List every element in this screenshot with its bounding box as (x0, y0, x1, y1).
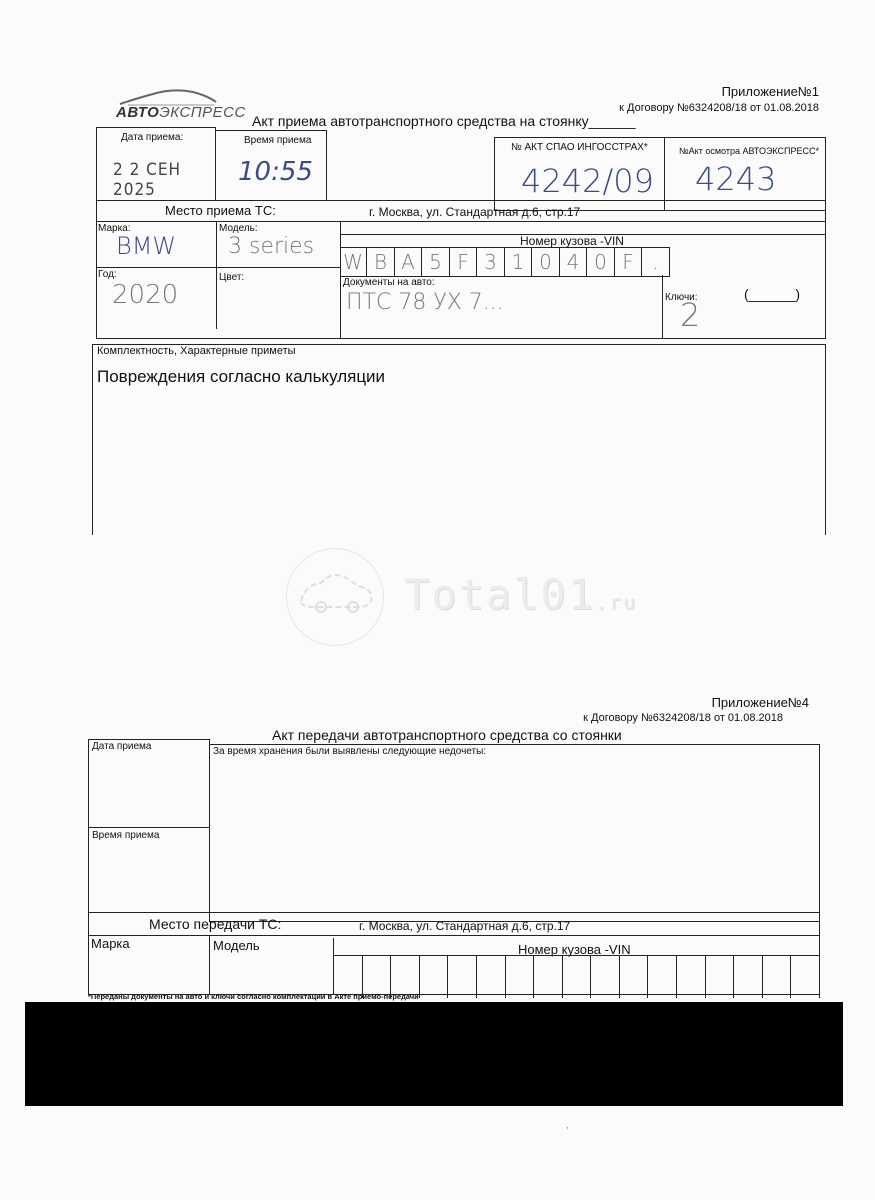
place-row: Место приема ТС: г. Москва, ул. Стандарт… (96, 200, 826, 222)
transfer-place-label: Место передачи ТС: (149, 916, 281, 932)
vin-empty-cell (420, 956, 449, 998)
autoexpress-act-value: 4243 (695, 160, 776, 198)
transfer-vin-grid (334, 956, 820, 996)
redaction-bar (25, 1002, 843, 1106)
transfer-make-label: Марка (91, 936, 130, 951)
time-label: Время приема (244, 135, 311, 146)
date-label: Дата приема: (121, 132, 183, 143)
vin-char-cell: 4 (560, 248, 587, 276)
make-value: BMW (116, 232, 176, 260)
transfer-place-row: Место передачи ТС: г. Москва, ул. Станда… (88, 912, 820, 936)
vehicle-block (96, 221, 826, 339)
vin-char-cell: 3 (478, 248, 505, 276)
keys-value: 2 (680, 296, 700, 334)
vin-char-cell: F (450, 248, 477, 276)
vin-empty-cell (620, 956, 649, 998)
appendix-number-bottom: Приложение№4 (712, 695, 809, 710)
vin-char-cell: . (643, 248, 670, 276)
appendix-number: Приложение№1 (722, 84, 819, 99)
vin-char-cell: 0 (533, 248, 560, 276)
place-value: г. Москва, ул. Стандартная д.6, стр.17 (369, 205, 580, 219)
transfer-time-cell: Время приема (88, 827, 210, 913)
completeness-block: Комплектность, Характерные приметы Повре… (92, 344, 826, 535)
defects-cell: За время хранения были выявлены следующи… (209, 744, 820, 922)
contract-reference: к Договору №6324208/18 от 01.08.2018 (619, 102, 819, 114)
top-form-title: Акт приема автотранспортного средства на… (252, 113, 635, 129)
model-label: Модель: (219, 223, 258, 234)
vin-char-cell: F (615, 248, 642, 276)
vin-char-cell: 1 (505, 248, 532, 276)
vin-empty-cell (448, 956, 477, 998)
color-label: Цвет: (219, 272, 244, 283)
date-cell: Дата приема: 2 2 СЕН 2025 (96, 127, 216, 201)
bottom-form-title: Акт передачи автотранспортного средства … (272, 727, 622, 743)
ingos-act-label: № АКТ СПАО ИНГОССТРАХ* (511, 142, 648, 153)
vin-empty-cell (591, 956, 620, 998)
autoexpress-logo: АВТОЭКСПРЕСС (112, 88, 222, 128)
contract-reference-bottom: к Договору №6324208/18 от 01.08.2018 (583, 712, 783, 724)
ingos-act-value: 4242/09 (521, 162, 654, 200)
vin-char-cell: B (368, 248, 395, 276)
transfer-time-label: Время приема (92, 830, 159, 841)
docs-label: Документы на авто: (343, 277, 435, 288)
vin-empty-cell (563, 956, 592, 998)
footnote: *Переданы документы на авто и ключи согл… (88, 992, 419, 1001)
time-cell: Время приема 10:55 (215, 130, 327, 201)
vin-empty-cell (734, 956, 763, 998)
place-label: Место приема ТС: (165, 203, 276, 218)
vin-empty-cell (706, 956, 735, 998)
car-circle-logo-icon (286, 548, 384, 646)
vin-empty-cell (791, 956, 820, 998)
transfer-model-label: Модель (213, 938, 260, 953)
defects-label: За время хранения были выявлены следующи… (213, 746, 486, 757)
transfer-date-cell: Дата приема (88, 739, 210, 828)
vin-empty-cell (477, 956, 506, 998)
vin-empty-cell (648, 956, 677, 998)
completeness-value: Повреждения согласно калькуляции (97, 367, 385, 387)
year-value: 2020 (112, 280, 178, 310)
vin-empty-cell (534, 956, 563, 998)
vin-label: Номер кузова -VIN (520, 234, 624, 248)
watermark: Total01.ru (286, 548, 596, 658)
time-value: 10:55 (238, 157, 313, 187)
watermark-text: Total01 (404, 570, 595, 619)
completeness-label: Комплектность, Характерные приметы (97, 345, 296, 357)
docs-value: ПТС 78 УХ 7... (346, 290, 504, 315)
date-stamp: 2 2 СЕН 2025 (113, 160, 215, 200)
watermark-suffix: .ru (595, 590, 637, 614)
transfer-place-value: г. Москва, ул. Стандартная д.6, стр.17 (359, 919, 570, 933)
vin-empty-cell (763, 956, 792, 998)
vin-empty-cell (677, 956, 706, 998)
model-value: 3 series (228, 234, 314, 259)
vin-char-cell: A (395, 248, 422, 276)
transfer-date-label: Дата приема (92, 741, 151, 752)
keys-paren: (______) (744, 286, 800, 302)
vin-grid: WBA5F31040F. (340, 247, 670, 277)
scan-speck: , (566, 1120, 569, 1130)
year-label: Год: (98, 269, 117, 280)
autoexpress-act-label: №Акт осмотра АВТОЭКСПРЕСС* (679, 146, 819, 156)
vin-char-cell: 0 (588, 248, 615, 276)
logo-light-text: ЭКСПРЕСС (159, 104, 245, 121)
vin-char-cell: 5 (423, 248, 450, 276)
logo-bold-text: АВТО (116, 104, 159, 121)
vin-char-cell: W (340, 248, 367, 276)
vin-empty-cell (506, 956, 535, 998)
